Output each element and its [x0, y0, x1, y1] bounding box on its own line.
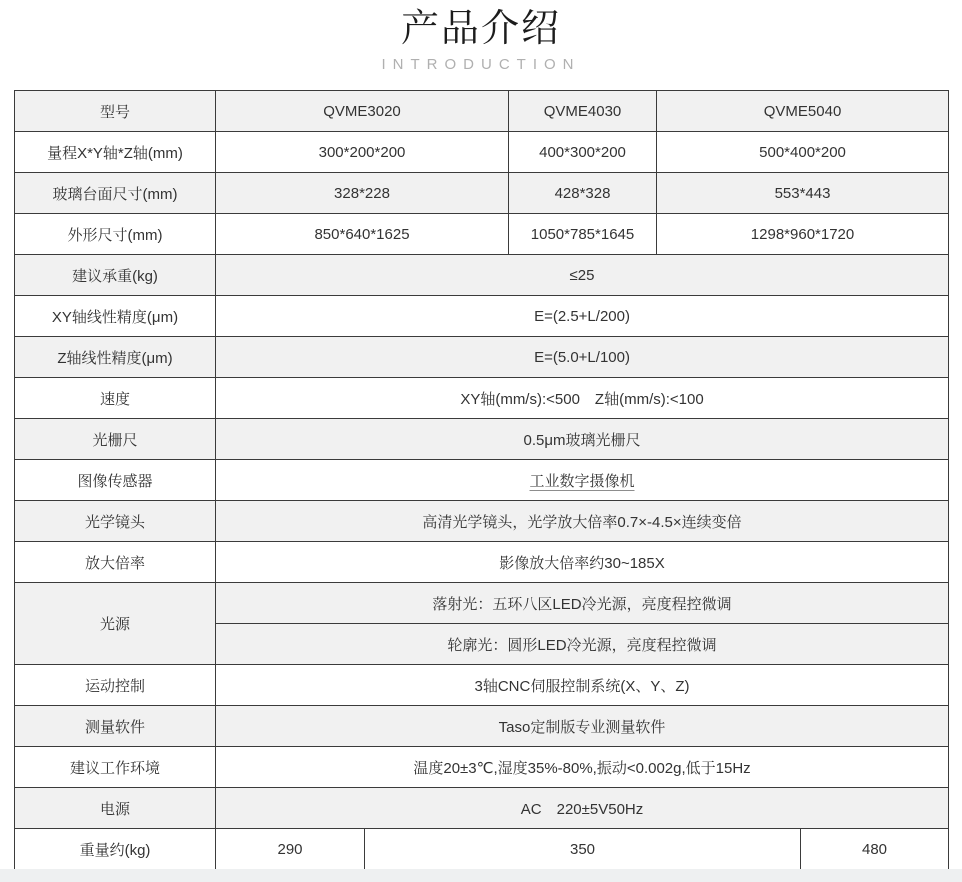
row-power-supply: 电源 AC 220±5V50Hz [15, 788, 949, 829]
row-xy-linear-accuracy: XY轴线性精度(μm) E=(2.5+L/200) [15, 296, 949, 337]
row-linear-scale: 光栅尺 0.5μm玻璃光栅尺 [15, 419, 949, 460]
row-load-capacity: 建议承重(kg) ≤25 [15, 255, 949, 296]
spec-value: 428*328 [509, 173, 657, 214]
row-magnification: 放大倍率 影像放大倍率约30~185X [15, 542, 949, 583]
row-z-linear-accuracy: Z轴线性精度(μm) E=(5.0+L/100) [15, 337, 949, 378]
spec-value: 850*640*1625 [216, 214, 509, 255]
spec-value: 500*400*200 [657, 132, 949, 173]
spec-value: 1298*960*1720 [657, 214, 949, 255]
row-overall-dimensions: 外形尺寸(mm) 850*640*1625 1050*785*1645 1298… [15, 214, 949, 255]
row-speed: 速度 XY轴(mm/s):<500 Z轴(mm/s):<100 [15, 378, 949, 419]
spec-value: Taso定制版专业测量软件 [216, 706, 949, 747]
spec-value: QVME3020 [216, 91, 509, 132]
spec-value: E=(5.0+L/100) [216, 337, 949, 378]
page-subtitle: INTRODUCTION [0, 56, 962, 73]
spec-label: 建议工作环境 [15, 747, 216, 788]
spec-value: E=(2.5+L/200) [216, 296, 949, 337]
row-model: 型号 QVME3020 QVME4030 QVME5040 [15, 91, 949, 132]
spec-value: XY轴(mm/s):<500 Z轴(mm/s):<100 [216, 378, 949, 419]
spec-label: 测量软件 [15, 706, 216, 747]
spec-value: 落射光：五环八区LED冷光源，亮度程控微调 [216, 583, 949, 624]
spec-label: 速度 [15, 378, 216, 419]
page-footer-strip [0, 869, 962, 882]
spec-value: AC 220±5V50Hz [216, 788, 949, 829]
spec-value: 400*300*200 [509, 132, 657, 173]
row-light-source: 光源 落射光：五环八区LED冷光源，亮度程控微调 [15, 583, 949, 624]
spec-label: 量程X*Y轴*Z轴(mm) [15, 132, 216, 173]
spec-label: 外形尺寸(mm) [15, 214, 216, 255]
page-title: 产品介绍 [0, 6, 962, 54]
spec-value: 3轴CNC伺服控制系统(X、Y、Z) [216, 665, 949, 706]
row-image-sensor: 图像传感器 工业数字摄像机 [15, 460, 949, 501]
spec-value: 轮廓光：圆形LED冷光源，亮度程控微调 [216, 624, 949, 665]
row-glass-stage-size: 玻璃台面尺寸(mm) 328*228 428*328 553*443 [15, 173, 949, 214]
spec-value: 300*200*200 [216, 132, 509, 173]
row-optical-lens: 光学镜头 高清光学镜头，光学放大倍率0.7×-4.5×连续变倍 [15, 501, 949, 542]
page-header: 产品介绍 INTRODUCTION [0, 0, 962, 73]
row-working-environment: 建议工作环境 温度20±3℃,湿度35%-80%,振动<0.002g,低于15H… [15, 747, 949, 788]
row-travel-range: 量程X*Y轴*Z轴(mm) 300*200*200 400*300*200 50… [15, 132, 949, 173]
spec-label: 电源 [15, 788, 216, 829]
spec-value: 工业数字摄像机 [216, 460, 949, 501]
spec-label: Z轴线性精度(μm) [15, 337, 216, 378]
spec-label: 光栅尺 [15, 419, 216, 460]
spec-label: 光学镜头 [15, 501, 216, 542]
spec-value: 温度20±3℃,湿度35%-80%,振动<0.002g,低于15Hz [216, 747, 949, 788]
spec-label: 放大倍率 [15, 542, 216, 583]
spec-label: 型号 [15, 91, 216, 132]
spec-value: 影像放大倍率约30~185X [216, 542, 949, 583]
spec-value: 328*228 [216, 173, 509, 214]
spec-value: 350 [365, 829, 801, 870]
spec-value: 高清光学镜头，光学放大倍率0.7×-4.5×连续变倍 [216, 501, 949, 542]
spec-value: 480 [801, 829, 949, 870]
spec-value: 290 [216, 829, 365, 870]
spec-label: 重量约(kg) [15, 829, 216, 870]
spec-label: 光源 [15, 583, 216, 665]
spec-label: 图像传感器 [15, 460, 216, 501]
spec-label: 运动控制 [15, 665, 216, 706]
spec-value: ≤25 [216, 255, 949, 296]
spec-value: QVME5040 [657, 91, 949, 132]
spec-label: 玻璃台面尺寸(mm) [15, 173, 216, 214]
spec-label: 建议承重(kg) [15, 255, 216, 296]
spec-table: 型号 QVME3020 QVME4030 QVME5040 量程X*Y轴*Z轴(… [14, 90, 949, 870]
row-weight: 重量约(kg) 290 350 480 [15, 829, 949, 870]
spec-value: 1050*785*1645 [509, 214, 657, 255]
spec-value: 553*443 [657, 173, 949, 214]
spec-label: XY轴线性精度(μm) [15, 296, 216, 337]
row-measuring-software: 测量软件 Taso定制版专业测量软件 [15, 706, 949, 747]
spec-value: QVME4030 [509, 91, 657, 132]
row-motion-control: 运动控制 3轴CNC伺服控制系统(X、Y、Z) [15, 665, 949, 706]
spec-value: 0.5μm玻璃光栅尺 [216, 419, 949, 460]
